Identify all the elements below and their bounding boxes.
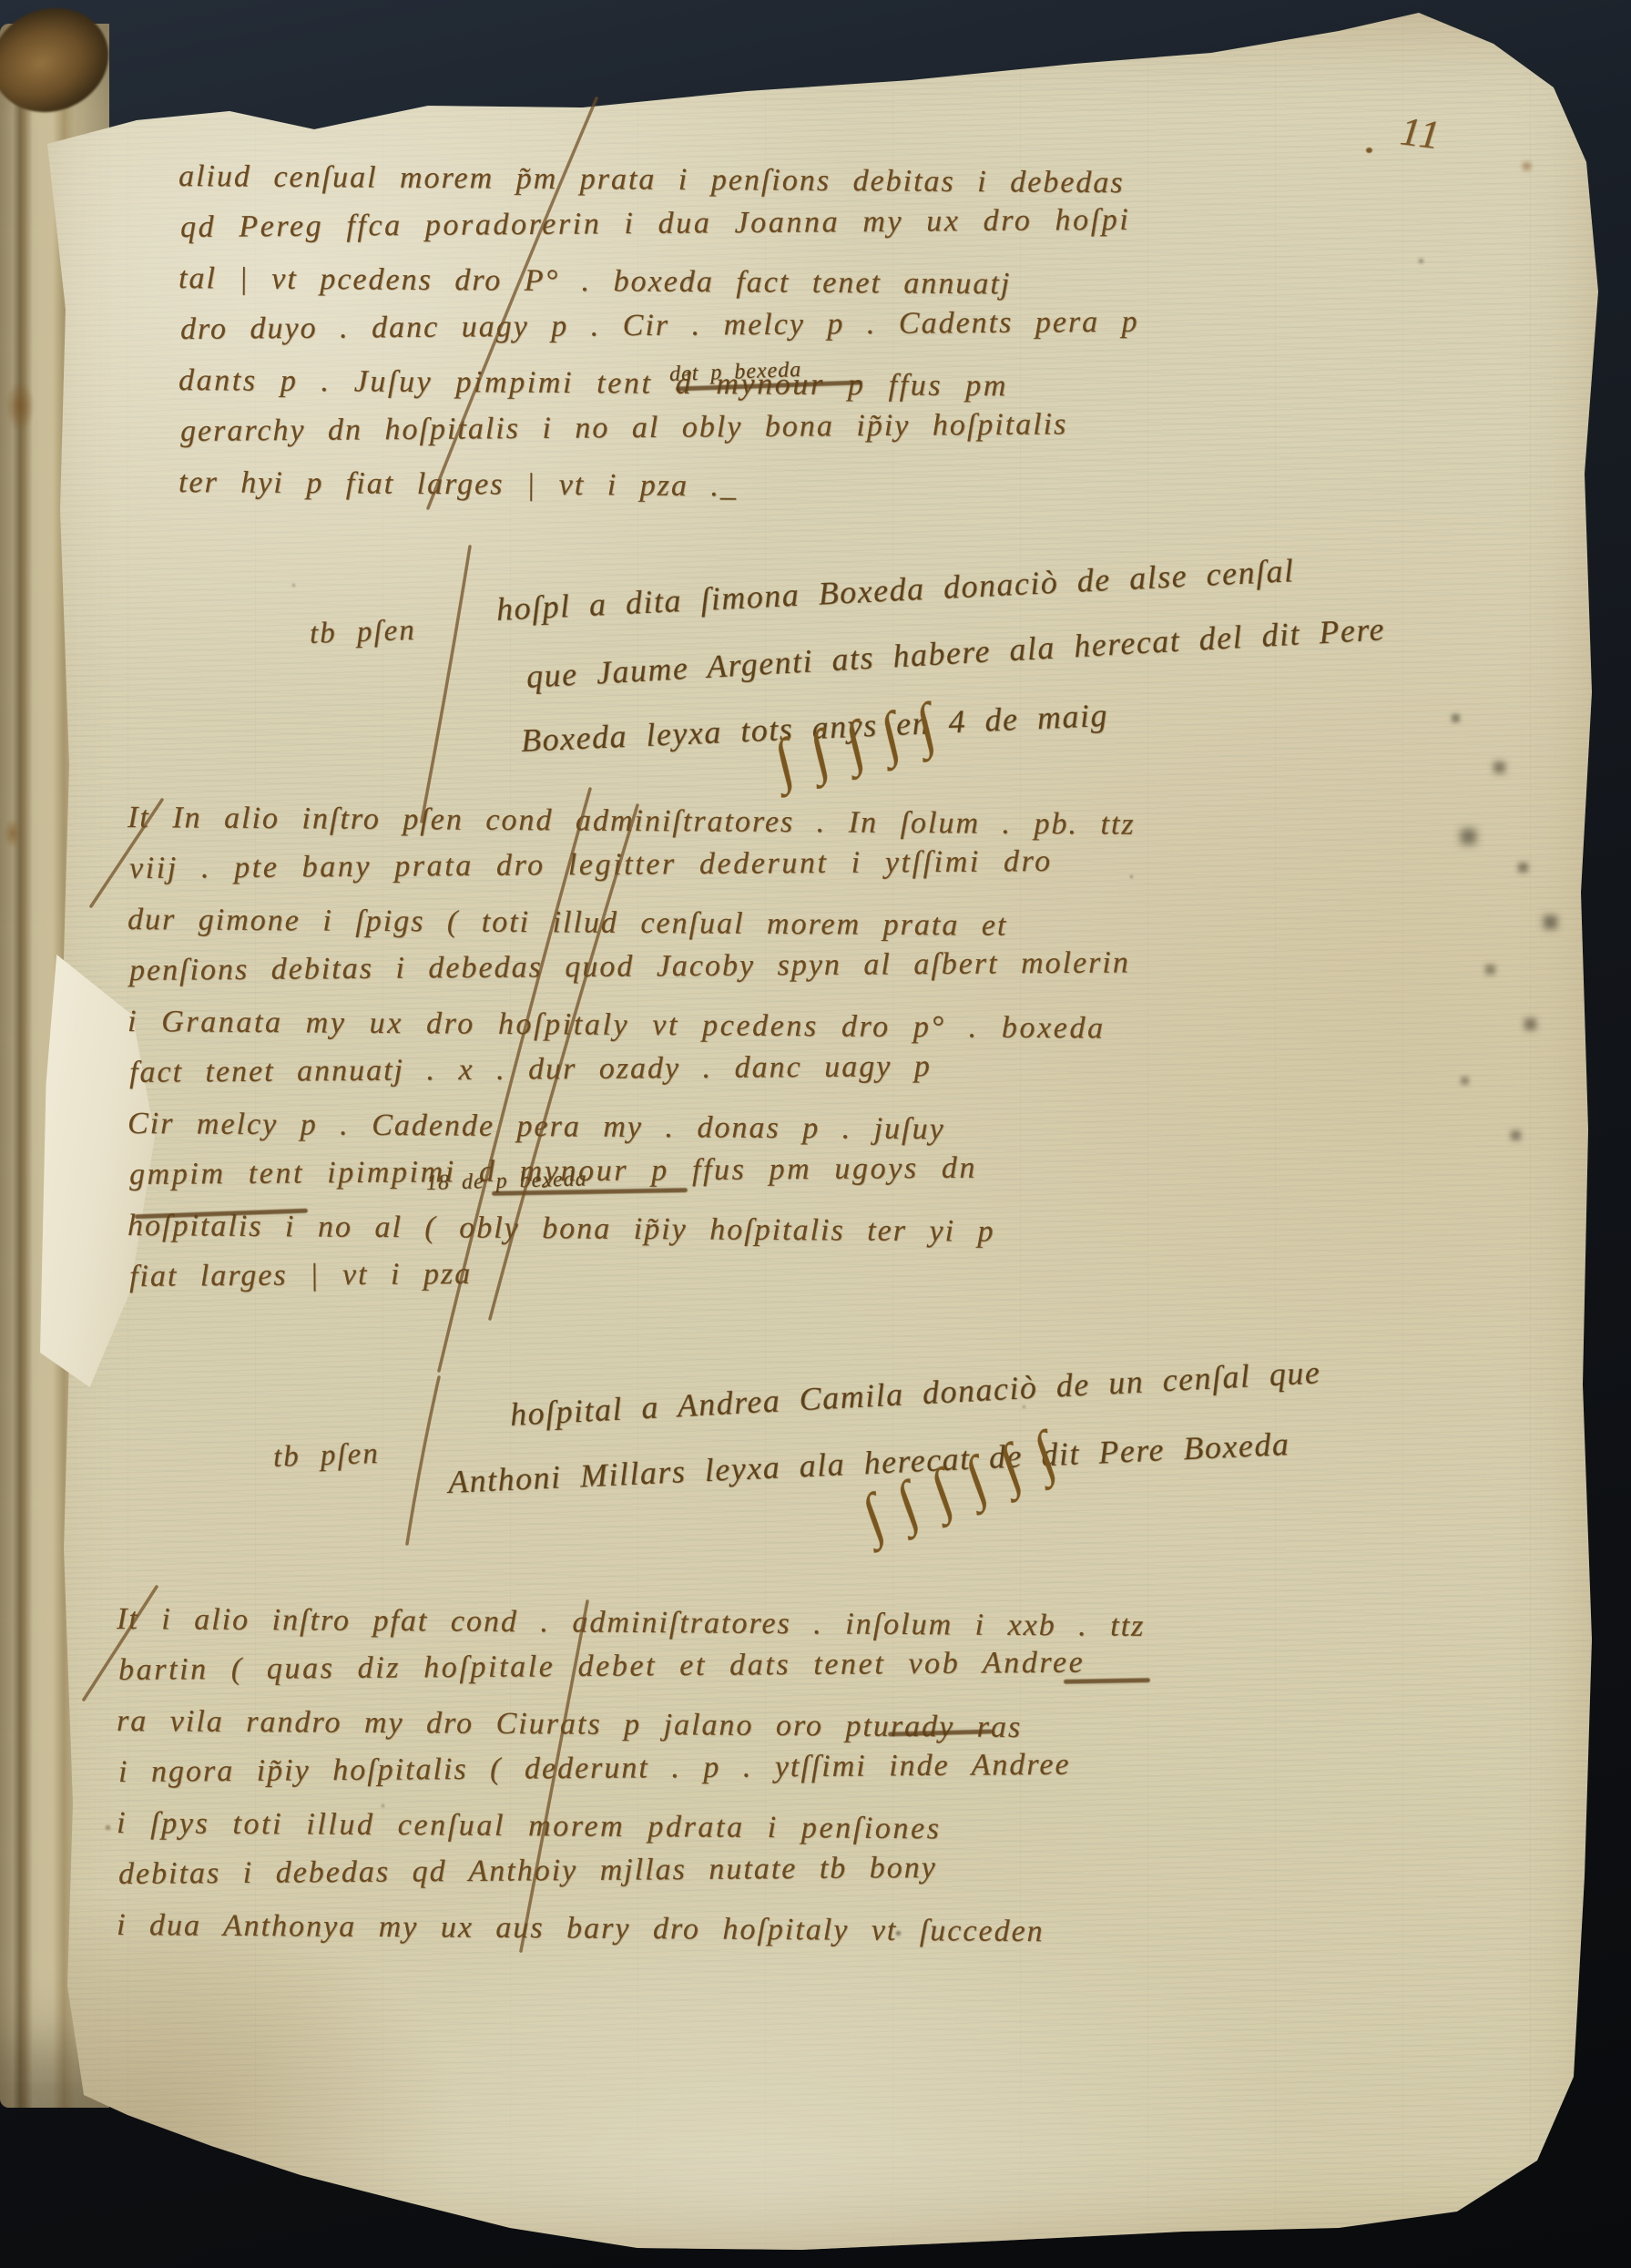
ink-bleed-mark xyxy=(0,812,25,854)
foxing-spots xyxy=(0,0,1,1)
handwritten-line: gmpim tent ipimpimi d mynour p ffus pm u… xyxy=(129,1143,1137,1202)
handwritten-line: ter hyi p fiat larges | vt i pza ._ xyxy=(178,459,1137,516)
handwritten-line: dro duyo . danc uagy p . Cir . melcy p .… xyxy=(180,299,1139,357)
folio-number: 11 xyxy=(1398,107,1444,158)
ink-bleed-mark xyxy=(0,372,40,441)
handwritten-line: fiat larges | vt i pza xyxy=(129,1245,1137,1304)
margin-note: tb pſen xyxy=(272,1437,380,1475)
margin-note: tb pſen xyxy=(309,614,416,651)
ink-dot xyxy=(1366,148,1372,153)
handwritten-line: penſions debitas i debedas quod Jacoby s… xyxy=(129,939,1137,998)
handwritten-line: fact tenet annuatj . x . dur ozady . dan… xyxy=(129,1041,1137,1100)
handwritten-line: qd Pereg ffca poradorerin i dua Joanna m… xyxy=(180,197,1139,255)
manuscript-photo: 11 aliud cenſual morem p̃m prata i penſi… xyxy=(0,0,1631,2268)
handwritten-line: i dua Anthonya my ux aus bary dro hoſpit… xyxy=(117,1902,1146,1960)
handwritten-line: gerarchy dn hoſpitalis i no al obly bona… xyxy=(180,401,1139,459)
handwritten-line: debitas i debedas qd Anthoiy mjllas nuta… xyxy=(118,1843,1147,1902)
handwritten-line: i ngora ip̃iy hoſpitalis ( dederunt . p … xyxy=(118,1741,1147,1800)
handwritten-line: viij . pte bany prata dro legitter deder… xyxy=(129,837,1137,896)
entry-paragraph-2: It In alio inſtro pſen cond adminiſtrato… xyxy=(127,794,1136,1304)
entry-paragraph-3: It i alio inſtro pfat cond . adminiſtrat… xyxy=(117,1596,1145,1953)
handwritten-line: bartin ( quas diz hoſpitale debet et dat… xyxy=(118,1639,1147,1698)
entry-paragraph-1: aliud cenſual morem p̃m prata i penſions… xyxy=(178,153,1137,510)
